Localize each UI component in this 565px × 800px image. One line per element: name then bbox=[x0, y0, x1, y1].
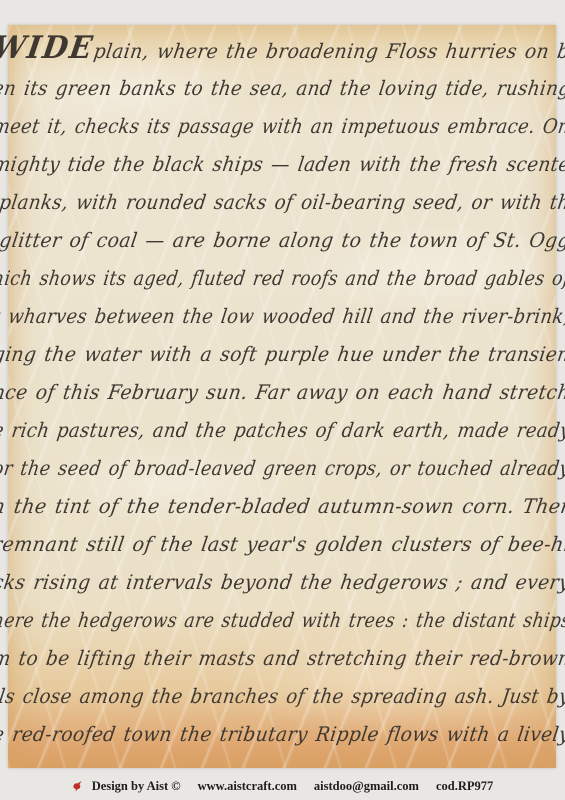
manuscript-line: remnant still of the last year's golden … bbox=[0, 525, 541, 563]
manuscript-line: ils close among the branches of the spre… bbox=[0, 677, 513, 715]
manuscript-line-text: remnant still of the last year's golden … bbox=[0, 525, 565, 563]
manuscript-line: cks rising at intervals beyond the hedge… bbox=[0, 563, 529, 601]
manuscript-line-text: m to be lifting their masts and stretchi… bbox=[0, 639, 565, 677]
manuscript-line: mighty tide the black ships — laden with… bbox=[0, 145, 520, 183]
manuscript-line: ging the water with a soft purple hue un… bbox=[0, 335, 528, 373]
manuscript-line-text: e red-roofed town the tributary Ripple f… bbox=[0, 715, 565, 753]
manuscript-line-text: or the seed of broad-leaved green crops,… bbox=[0, 449, 565, 487]
manuscript-line-text: t wharves between the low wooded hill an… bbox=[0, 297, 565, 335]
manuscript-text: WIDE plain, where the broadening Floss h… bbox=[0, 27, 565, 753]
manuscript-line-text: en its green banks to the sea, and the l… bbox=[0, 69, 565, 107]
footer-code: cod.RP977 bbox=[436, 779, 493, 794]
manuscript-line: en its green banks to the sea, and the l… bbox=[0, 69, 515, 107]
manuscript-line-text: here the hedgerows are studded with tree… bbox=[0, 601, 565, 639]
manuscript-line-text: hich shows its aged, fluted red roofs an… bbox=[0, 259, 565, 297]
manuscript-line: hich shows its aged, fluted red roofs an… bbox=[0, 259, 491, 297]
manuscript-line-text: ging the water with a soft purple hue un… bbox=[0, 335, 565, 373]
manuscript-line: h the tint of the tender-bladed autumn-s… bbox=[0, 487, 543, 525]
manuscript-line: m to be lifting their masts and stretchi… bbox=[0, 639, 520, 677]
bird-icon bbox=[72, 780, 83, 792]
manuscript-line: WIDE plain, where the broadening Floss h… bbox=[0, 27, 527, 69]
manuscript-line-text: meet it, checks its passage with an impe… bbox=[0, 107, 565, 145]
manuscript-line-text: h the tint of the tender-bladed autumn-s… bbox=[0, 487, 565, 525]
manuscript-line: t wharves between the low wooded hill an… bbox=[0, 297, 507, 335]
manuscript-line-text: -planks, with rounded sacks of oil-beari… bbox=[0, 183, 565, 221]
footer-credit: Design by Aist © bbox=[92, 779, 181, 794]
drop-cap-initial: WIDE bbox=[0, 27, 97, 69]
manuscript-line: -glitter of coal — are borne along to th… bbox=[0, 221, 530, 259]
manuscript-line-text: cks rising at intervals beyond the hedge… bbox=[0, 563, 565, 601]
manuscript-line: -planks, with rounded sacks of oil-beari… bbox=[0, 183, 515, 221]
manuscript-line-text: ils close among the branches of the spre… bbox=[0, 677, 565, 715]
scanned-page: { "manuscript": { "opening_initial": "WI… bbox=[0, 0, 565, 800]
manuscript-line-text: -glitter of coal — are borne along to th… bbox=[0, 221, 565, 259]
manuscript-line: nce of this February sun. Far away on ea… bbox=[0, 373, 530, 411]
footer-website: www.aistcraft.com bbox=[198, 779, 297, 794]
manuscript-line: meet it, checks its passage with an impe… bbox=[0, 107, 505, 145]
manuscript-line: e rich pastures, and the patches of dark… bbox=[0, 411, 508, 449]
footer-email: aistdoo@gmail.com bbox=[314, 779, 419, 794]
manuscript-line: or the seed of broad-leaved green crops,… bbox=[0, 449, 500, 487]
manuscript-line: e red-roofed town the tributary Ripple f… bbox=[0, 715, 526, 753]
manuscript-line-text: mighty tide the black ships — laden with… bbox=[0, 145, 565, 183]
watermark-footer: Design by Aist © www.aistcraft.com aistd… bbox=[0, 772, 565, 800]
manuscript-line-text: e rich pastures, and the patches of dark… bbox=[0, 411, 565, 449]
manuscript-line-text: nce of this February sun. Far away on ea… bbox=[0, 373, 565, 411]
manuscript-line: here the hedgerows are studded with tree… bbox=[0, 601, 485, 639]
manuscript-line-text: plain, where the broadening Floss hurrie… bbox=[91, 30, 565, 72]
